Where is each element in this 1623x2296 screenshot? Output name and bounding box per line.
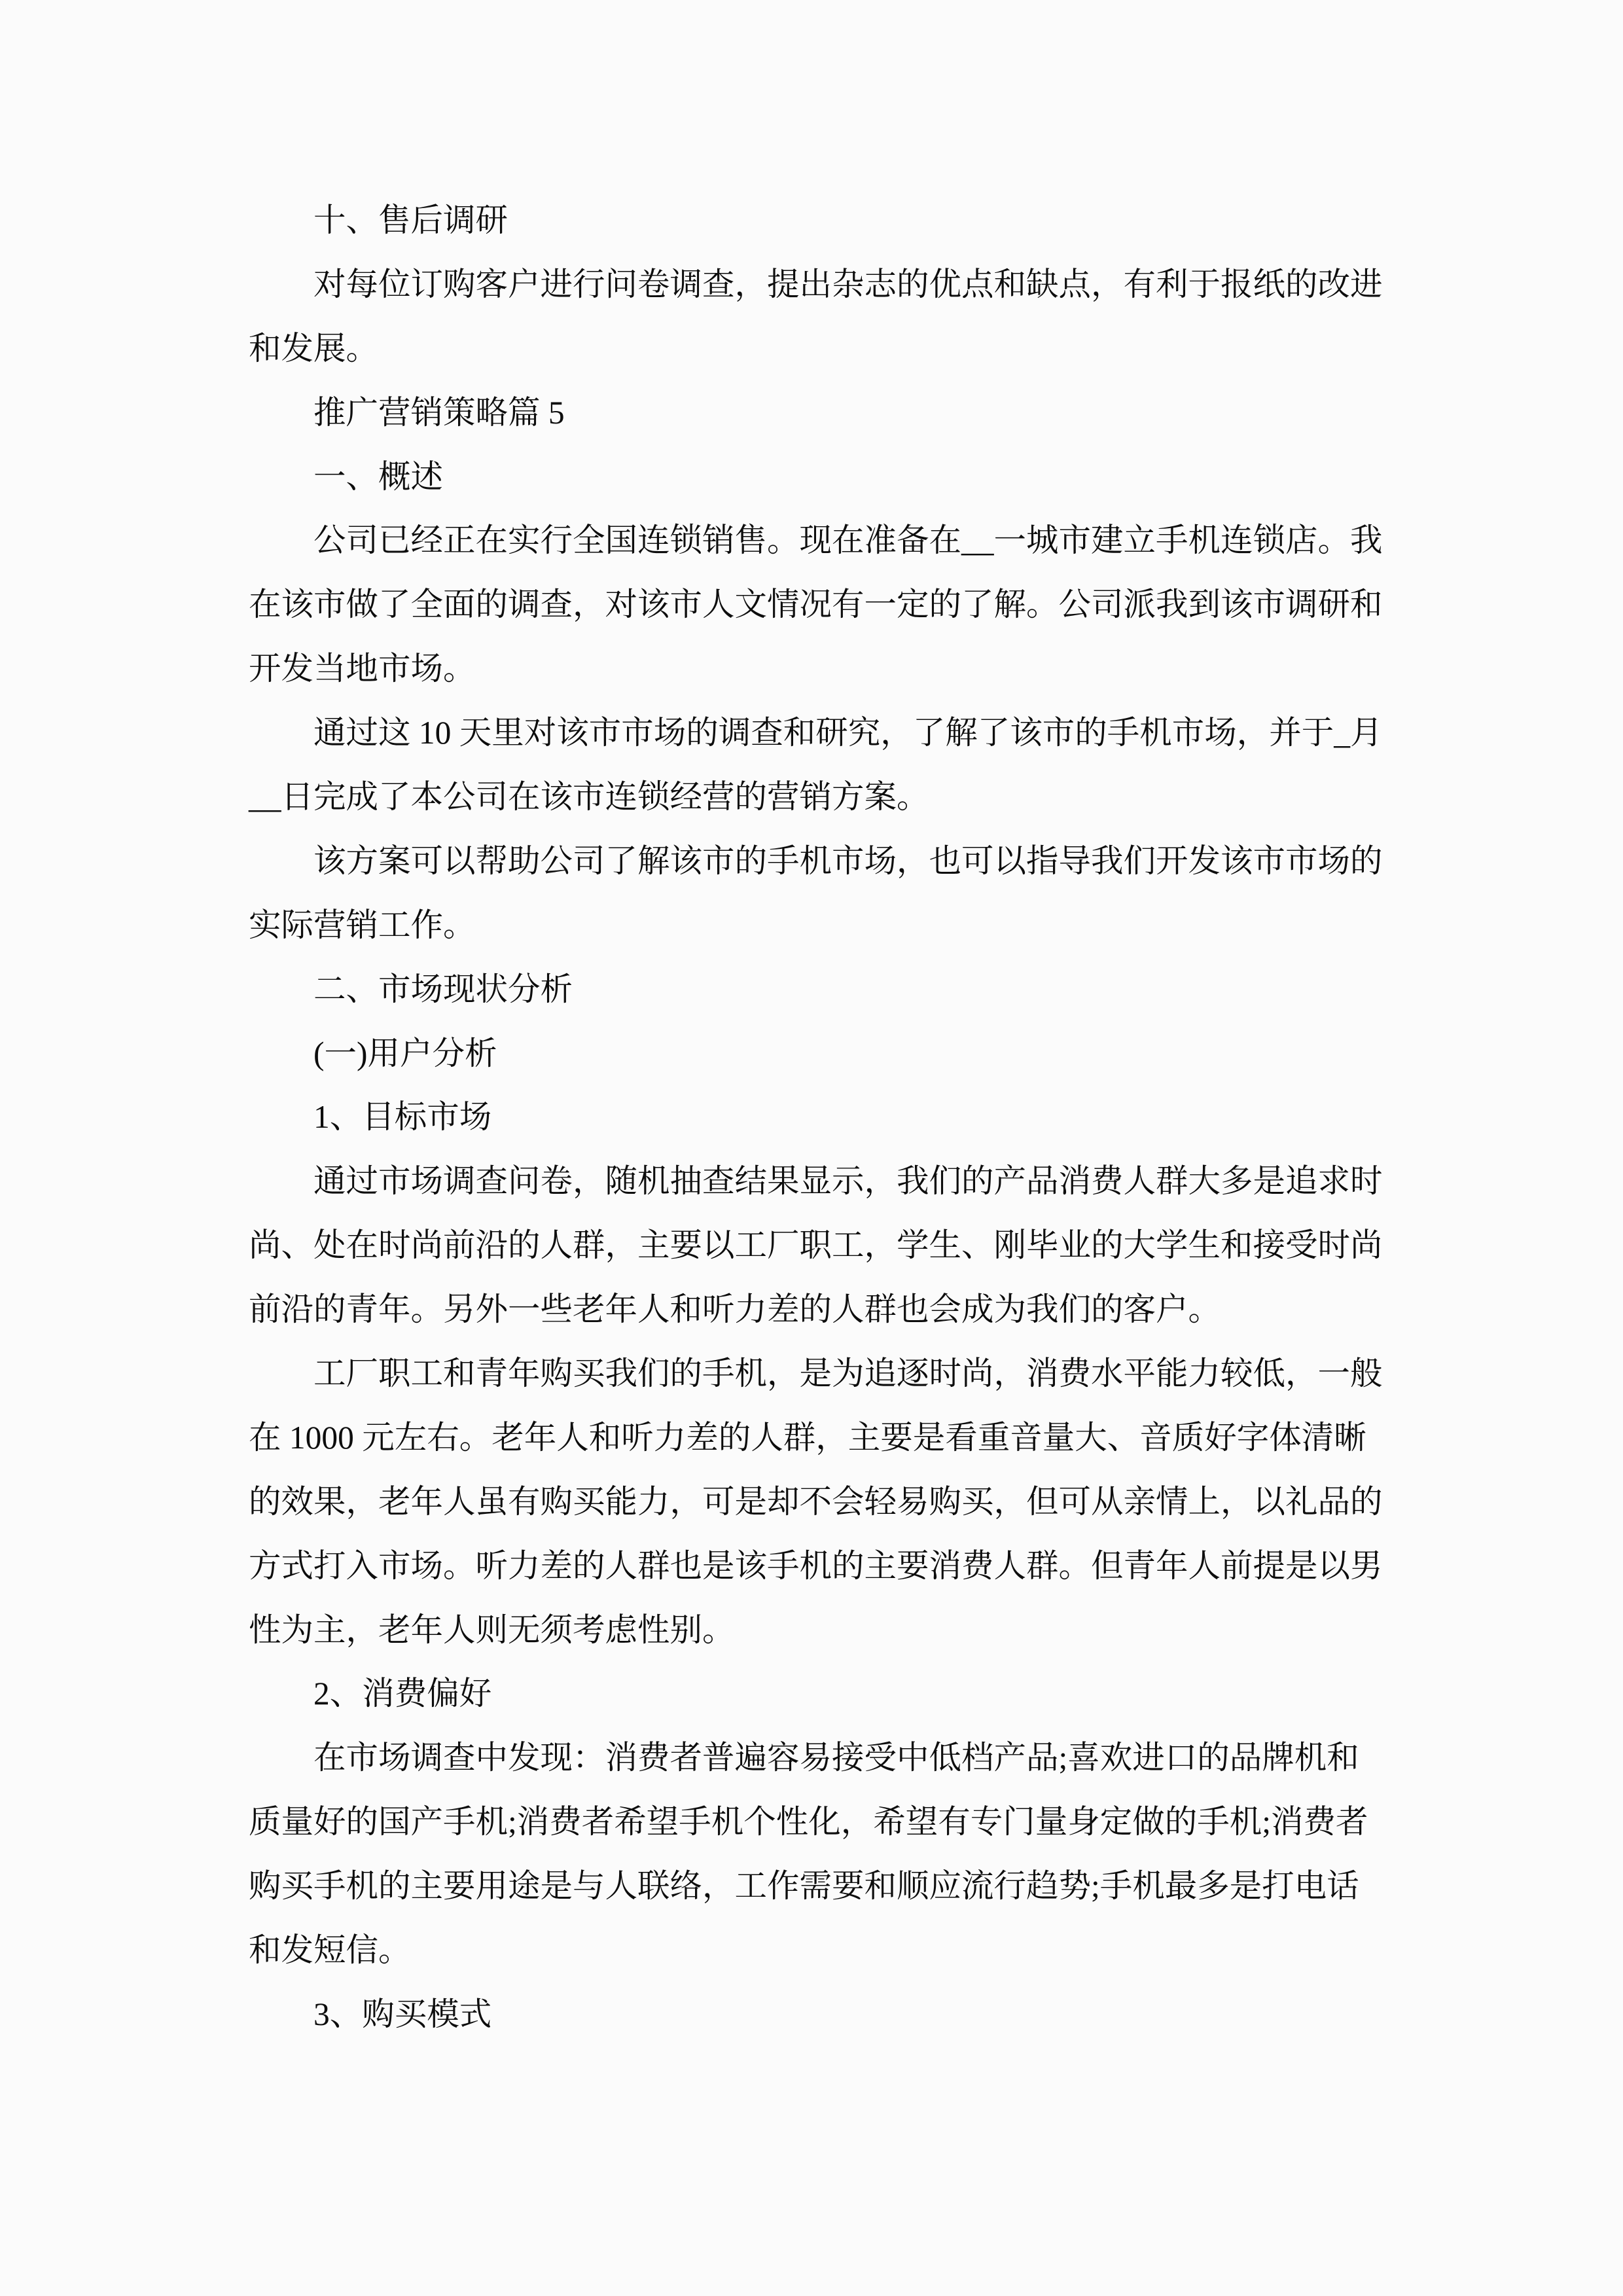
body-line: 通过市场调查问卷，随机抽查结果显示，我们的产品消费人群大多是追求时: [249, 1149, 1420, 1213]
body-line: 通过这 10 天里对该市市场的调查和研究，了解了该市的手机市场，并于_月: [249, 701, 1420, 765]
body-line: 公司已经正在实行全国连锁销售。现在准备在__一城市建立手机连锁店。我: [249, 509, 1420, 573]
body-line: __日完成了本公司在该市连锁经营的营销方案。: [249, 765, 1420, 829]
heading-line: 3、购买模式: [249, 1982, 1420, 2047]
body-line: 该方案可以帮助公司了解该市的手机市场，也可以指导我们开发该市市场的: [249, 829, 1420, 893]
heading-line: 1、目标市场: [249, 1085, 1420, 1149]
body-line: 在市场调查中发现：消费者普遍容易接受中低档产品;喜欢进口的品牌机和: [249, 1726, 1420, 1790]
document-body: 十、售后调研 对每位订购客户进行问卷调查，提出杂志的优点和缺点，有利于报纸的改进…: [249, 188, 1420, 2047]
heading-line: 二、市场现状分析: [249, 958, 1420, 1022]
document-page: 十、售后调研 对每位订购客户进行问卷调查，提出杂志的优点和缺点，有利于报纸的改进…: [0, 0, 1623, 2296]
body-line: 尚、处在时尚前沿的人群，主要以工厂职工，学生、刚毕业的大学生和接受时尚: [249, 1213, 1420, 1278]
heading-line: 2、消费偏好: [249, 1662, 1420, 1726]
body-line: 性为主，老年人则无须考虑性别。: [249, 1598, 1420, 1662]
body-line: 在该市做了全面的调查，对该市人文情况有一定的了解。公司派我到该市调研和: [249, 573, 1420, 637]
body-line: 实际营销工作。: [249, 893, 1420, 958]
body-line: 购买手机的主要用途是与人联络，工作需要和顺应流行趋势;手机最多是打电话: [249, 1854, 1420, 1918]
heading-line: (一)用户分析: [249, 1022, 1420, 1086]
heading-line: 十、售后调研: [249, 188, 1420, 253]
body-line: 在 1000 元左右。老年人和听力差的人群，主要是看重音量大、音质好字体清晰: [249, 1406, 1420, 1470]
body-line: 方式打入市场。听力差的人群也是该手机的主要消费人群。但青年人前提是以男: [249, 1534, 1420, 1598]
body-line: 工厂职工和青年购买我们的手机，是为追逐时尚，消费水平能力较低，一般: [249, 1342, 1420, 1406]
body-line: 对每位订购客户进行问卷调查，提出杂志的优点和缺点，有利于报纸的改进: [249, 253, 1420, 317]
body-line: 前沿的青年。另外一些老年人和听力差的人群也会成为我们的客户。: [249, 1278, 1420, 1342]
body-line: 和发短信。: [249, 1918, 1420, 1982]
body-line: 的效果，老年人虽有购买能力，可是却不会轻易购买，但可从亲情上，以礼品的: [249, 1470, 1420, 1534]
body-line: 开发当地市场。: [249, 637, 1420, 701]
body-line: 质量好的国产手机;消费者希望手机个性化，希望有专门量身定做的手机;消费者: [249, 1790, 1420, 1854]
heading-line: 推广营销策略篇 5: [249, 381, 1420, 445]
heading-line: 一、概述: [249, 445, 1420, 509]
body-line: 和发展。: [249, 317, 1420, 381]
